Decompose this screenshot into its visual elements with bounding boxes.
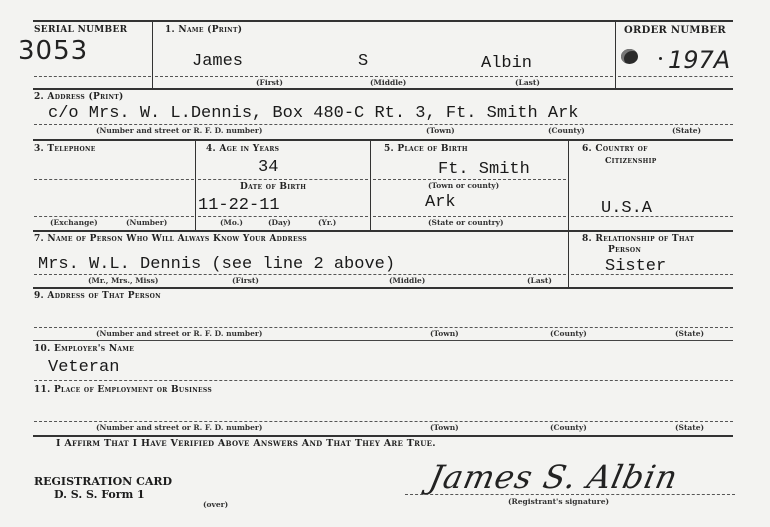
rule <box>33 88 733 90</box>
order-number-value: 197A <box>668 46 730 74</box>
form-title: REGISTRATION CARD <box>34 475 172 488</box>
rule <box>33 340 733 341</box>
dob-sub-day: (Day) <box>268 218 291 227</box>
order-number-label: ORDER NUMBER <box>624 25 726 36</box>
contact-address-sub-county: (County) <box>550 329 587 338</box>
birthplace-dash-1 <box>373 179 566 180</box>
rule <box>33 139 733 141</box>
contact-address-label: 9. Address of That Person <box>34 291 161 301</box>
name-label: 1. Name (Print) <box>165 25 242 35</box>
contact-sub-middle: (Middle) <box>389 276 425 285</box>
signature-sub: (Registrant's signature) <box>508 497 609 506</box>
contact-address-sub-street: (Number and street or R. F. D. number) <box>96 329 262 338</box>
rule <box>33 287 733 289</box>
name-sub-first: (First) <box>256 78 283 87</box>
serial-dash <box>34 76 151 77</box>
age-label: 4. Age in Years <box>206 144 279 154</box>
contact-address-dash <box>34 327 733 328</box>
employment-sub-street: (Number and street or R. F. D. number) <box>96 423 262 432</box>
contact-address-sub-town: (Town) <box>430 329 459 338</box>
divider <box>370 141 371 230</box>
dob-value: 11-22-11 <box>198 196 280 215</box>
birthplace-sub-town: (Town or county) <box>428 181 499 190</box>
signature-dash <box>405 494 735 495</box>
rule <box>33 230 568 232</box>
citizenship-label-1: 6. Country of <box>582 144 648 154</box>
name-sub-middle: (Middle) <box>370 78 406 87</box>
employer-label: 10. Employer's Name <box>34 344 134 354</box>
birthplace-label: 5. Place of Birth <box>384 144 468 154</box>
ink-dot <box>659 57 662 60</box>
affirmation-text: I Affirm That I Have Verified Above Answ… <box>56 438 436 449</box>
birthplace-state-value: Ark <box>425 193 456 212</box>
serial-number-value: 3053 <box>18 36 88 66</box>
contact-sub-first: (First) <box>232 276 259 285</box>
relationship-dash <box>571 274 733 275</box>
birthplace-town-value: Ft. Smith <box>438 160 530 179</box>
order-dash <box>618 76 733 77</box>
address-sub-town: (Town) <box>426 126 455 135</box>
rule <box>33 435 733 437</box>
over-note: (over) <box>203 500 228 509</box>
address-sub-county: (County) <box>548 126 585 135</box>
contact-sub-title: (Mr., Mrs., Miss) <box>88 276 158 285</box>
divider <box>195 141 196 230</box>
dob-label: Date of Birth <box>240 182 306 192</box>
contact-address-sub-state: (State) <box>675 329 704 338</box>
employment-sub-state: (State) <box>675 423 704 432</box>
divider <box>615 22 616 88</box>
form-number: D. S. S. Form 1 <box>54 488 145 501</box>
top-rule <box>33 20 733 22</box>
address-value: c/o Mrs. W. L.Dennis, Box 480-C Rt. 3, F… <box>48 104 579 123</box>
telephone-sub-number: (Number) <box>126 218 167 227</box>
telephone-dash-2 <box>34 216 194 217</box>
employment-place-dash <box>34 421 733 422</box>
address-sub-state: (State) <box>672 126 701 135</box>
name-first-value: James <box>192 52 243 71</box>
employer-dash <box>34 380 733 381</box>
divider <box>152 22 153 88</box>
employment-sub-town: (Town) <box>430 423 459 432</box>
dob-sub-yr: (Yr.) <box>318 218 336 227</box>
employment-sub-county: (County) <box>550 423 587 432</box>
rule <box>568 230 733 232</box>
birthplace-dash-2 <box>373 216 566 217</box>
age-value: 34 <box>258 158 278 177</box>
relationship-label-1: 8. Relationship of That <box>582 234 694 244</box>
name-last-value: Albin <box>481 54 532 73</box>
dob-sub-mo: (Mo.) <box>220 218 243 227</box>
citizenship-label-2: Citizenship <box>605 155 657 165</box>
employment-place-label: 11. Place of Employment or Business <box>34 385 212 395</box>
serial-number-label: SERIAL NUMBER <box>34 25 127 35</box>
name-dash <box>155 76 613 77</box>
ink-blot <box>621 49 638 64</box>
contact-label: 7. Name of Person Who Will Always Know Y… <box>34 234 307 244</box>
address-sub-street: (Number and street or R. F. D. number) <box>96 126 262 135</box>
name-middle-value: S <box>358 52 368 71</box>
address-label: 2. Address (Print) <box>34 92 124 102</box>
age-dash <box>198 179 368 180</box>
name-sub-last: (Last) <box>515 78 540 87</box>
employer-value: Veteran <box>48 358 119 377</box>
relationship-label-2: Person <box>608 245 641 255</box>
contact-sub-last: (Last) <box>527 276 552 285</box>
dob-dash <box>198 216 368 217</box>
contact-value: Mrs. W.L. Dennis (see line 2 above) <box>38 255 395 274</box>
telephone-dash-1 <box>34 179 194 180</box>
birthplace-sub-state: (State or country) <box>428 218 504 227</box>
telephone-label: 3. Telephone <box>34 144 96 154</box>
contact-dash <box>34 274 566 275</box>
address-dash <box>34 124 733 125</box>
citizenship-dash <box>571 216 733 217</box>
registrant-signature: James S. Albin <box>426 458 682 496</box>
telephone-sub-exchange: (Exchange) <box>50 218 98 227</box>
divider <box>568 141 569 288</box>
